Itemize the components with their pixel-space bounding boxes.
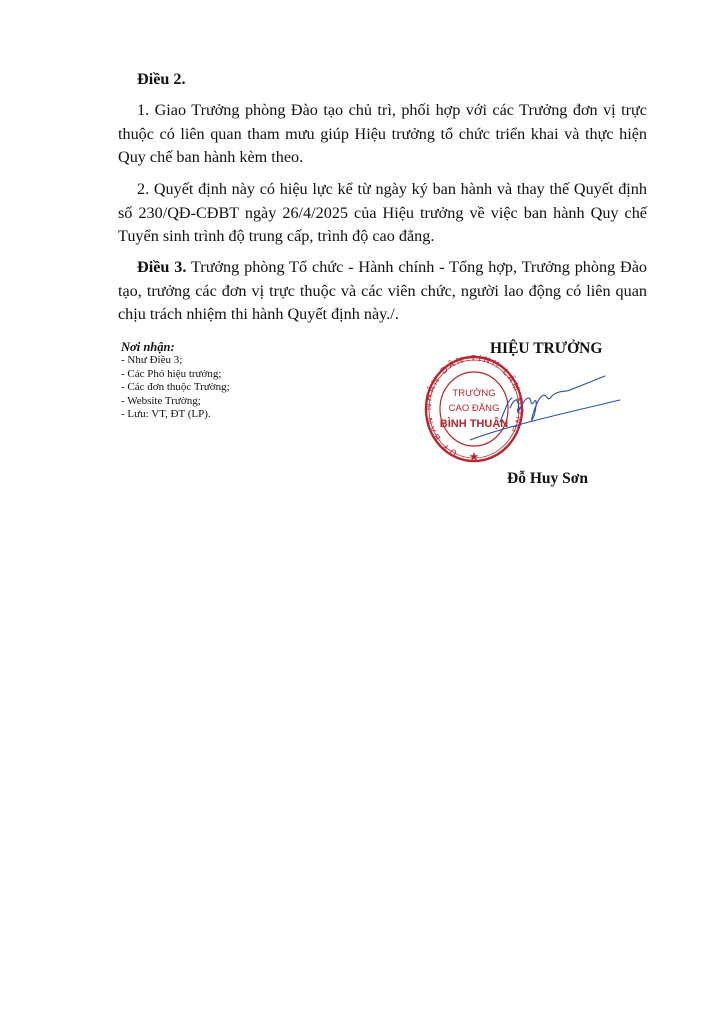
recipient-item: - Các đơn thuộc Trường;: [121, 381, 230, 394]
article-3-text: Trưởng phòng Tổ chức - Hành chính - Tổng…: [118, 258, 647, 323]
handwritten-signature-icon: [470, 370, 630, 450]
recipient-item: - Lưu: VT, ĐT (LP).: [121, 408, 230, 421]
article-2-heading: Điều 2.: [137, 70, 186, 89]
signer-name: Đỗ Huy Sơn: [507, 470, 588, 488]
document-page: Điều 2. 1. Giao Trưởng phòng Đào tạo chủ…: [0, 0, 724, 1024]
article-2-item-1: 1. Giao Trưởng phòng Đào tạo chủ trì, ph…: [118, 99, 647, 170]
recipients-block: Nơi nhận: - Như Điều 3; - Các Phó hiệu t…: [121, 341, 230, 421]
recipients-title: Nơi nhận:: [121, 341, 230, 354]
article-2-item-1-text: 1. Giao Trưởng phòng Đào tạo chủ trì, ph…: [118, 99, 647, 170]
recipient-item: - Các Phó hiệu trưởng;: [121, 368, 230, 381]
article-2-item-2: 2. Quyết định này có hiệu lực kể từ ngày…: [118, 178, 647, 249]
article-3-paragraph: Điều 3. Trưởng phòng Tổ chức - Hành chín…: [118, 256, 647, 327]
article-3: Điều 3. Trưởng phòng Tổ chức - Hành chín…: [118, 256, 647, 327]
article-3-heading: Điều 3.: [137, 258, 186, 276]
recipient-item: - Như Điều 3;: [121, 354, 230, 367]
article-2-item-2-text: 2. Quyết định này có hiệu lực kể từ ngày…: [118, 178, 647, 249]
recipient-item: - Website Trường;: [121, 395, 230, 408]
